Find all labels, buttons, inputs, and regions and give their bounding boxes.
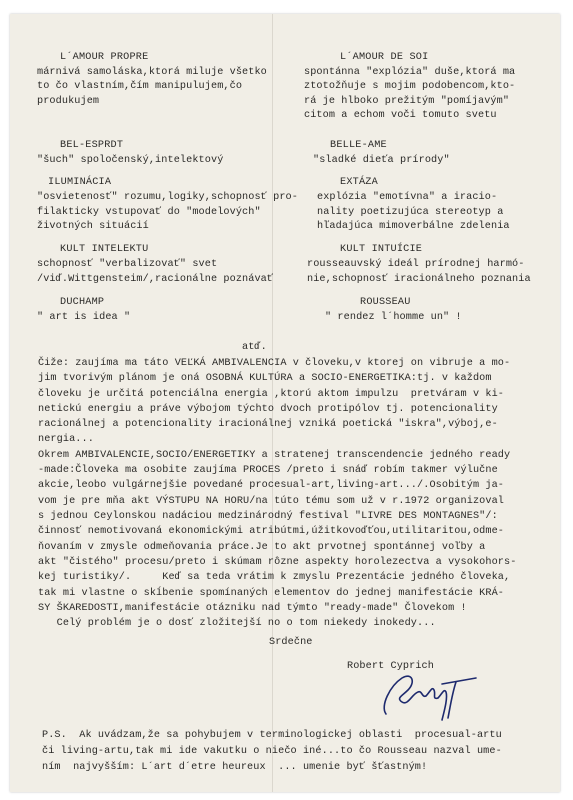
body-line: Celý problém je o dosť zložitejší no o t… bbox=[38, 617, 436, 631]
text-line: /viď.Wittgensteim/,racionálne poznávať bbox=[37, 273, 273, 287]
heading-lamour-de-soi: L´AMOUR DE SOI bbox=[340, 51, 428, 65]
text-line: "šuch" spoločenský,intelektový bbox=[37, 154, 223, 168]
text-line: to čo vlastním,čím manipulujem,čo bbox=[37, 80, 242, 94]
body-line: racionálnej a potencionality iracionálne… bbox=[38, 418, 498, 432]
ps-line: ním najvyšším: L´art d´etre heureux ... … bbox=[42, 761, 427, 775]
ps-line: P.S. Ak uvádzam,že sa pohybujem v termin… bbox=[42, 729, 502, 743]
text-line: "sladké dieťa prírody" bbox=[313, 154, 450, 168]
body-line: nergia... bbox=[38, 433, 94, 447]
heading-duchamp: DUCHAMP bbox=[60, 296, 104, 310]
heading-kult-intelektu: KULT INTELEKTU bbox=[60, 243, 148, 257]
text-line: explózia "emotívna" a iracio- bbox=[317, 191, 497, 205]
text-line: nality poetizujúca stereotyp a bbox=[317, 206, 503, 220]
text-line: citom a echom voči tomuto svetu bbox=[304, 109, 497, 123]
text-line: "osvietenosť" rozumu,logiky,schopnosť pr… bbox=[37, 191, 298, 205]
body-line: akt "čistého" procesu/preto i skúmam rôz… bbox=[38, 556, 516, 570]
body-line: človeku je určitá potenciálna energia ,k… bbox=[38, 388, 504, 402]
body-line: Čiže: zaujíma ma táto VEĽKÁ AMBIVALENCIA… bbox=[38, 357, 510, 371]
closing-text: Srdečne bbox=[269, 636, 313, 650]
body-line: činnosť nemotivovaná ekonomickými atribú… bbox=[38, 525, 504, 539]
body-line: akcie,leobo vulgárnejšie povedané proces… bbox=[38, 479, 504, 493]
heading-iluminacia: ILUMINÁCIA bbox=[48, 176, 111, 190]
heading-belle-ame: BELLE-AME bbox=[330, 139, 387, 153]
heading-rousseau: ROUSSEAU bbox=[360, 296, 411, 310]
heading-bel-esprit: BEL-ESPRDT bbox=[60, 139, 123, 153]
letter-page: L´AMOUR PROPRE márnivá samoláska,ktorá m… bbox=[10, 14, 560, 792]
text-line: produkujem bbox=[37, 95, 99, 109]
body-line: Okrem AMBIVALENCIE,SOCIO/ENERGETIKY a st… bbox=[38, 449, 510, 463]
text-line: márnivá samoláska,ktorá miluje všetko bbox=[37, 66, 267, 80]
body-line: ňovaním v zmysle odmeňovania práce.Je to… bbox=[38, 541, 485, 555]
body-line: netickú energiu a práve výbojom týchto d… bbox=[38, 403, 498, 417]
body-line: s jednou Ceylonskou nadáciou medzinárodn… bbox=[38, 510, 498, 524]
etc-label: atď. bbox=[242, 341, 267, 355]
body-line: -made:Človeka ma osobite zaujíma PROCES … bbox=[38, 464, 498, 478]
text-line: hľadajúca mimoverbálne zdelenia bbox=[317, 220, 510, 234]
text-line: " art is idea " bbox=[37, 311, 130, 325]
text-line: ztotožňuje s mojim podobencom,kto- bbox=[304, 80, 515, 94]
text-line: schopnosť "verbalizovať" svet bbox=[37, 258, 217, 272]
body-line: kej turistiky/. Keď sa teda vrátim k zmy… bbox=[38, 571, 510, 585]
text-line: nie,schopnosť iracionálneho poznania bbox=[307, 273, 531, 287]
text-line: rá je hlboko prežitým "pomíjavým" bbox=[304, 95, 509, 109]
handwritten-signature-icon bbox=[372, 664, 482, 724]
text-line: filakticky vstupovať do "modelových" bbox=[37, 206, 261, 220]
body-line: tak mi vlastne o skĺbenie spomínaných el… bbox=[38, 587, 504, 601]
heading-extaza: EXTÁZA bbox=[340, 176, 378, 190]
text-line: rousseauvský ideál prírodnej harmó- bbox=[307, 258, 524, 272]
ps-line: či living-artu,tak mi ide vakutku o nieč… bbox=[42, 745, 502, 759]
body-line: SY ŠKAREDOSTI,manifestácie otázniku nad … bbox=[38, 602, 467, 616]
text-line: spontánna "explózia" duše,ktorá ma bbox=[304, 66, 515, 80]
text-line: životných situácií bbox=[37, 220, 149, 234]
text-line: " rendez l´homme un" ! bbox=[325, 311, 462, 325]
heading-kult-intuicie: KULT INTUÍCIE bbox=[340, 243, 422, 257]
body-line: vom je pre mňa akt VÝSTUPU NA HORU/na tú… bbox=[38, 495, 504, 509]
body-line: jim tvorivým plánom je oná OSOBNÁ KULTÚR… bbox=[38, 372, 492, 386]
heading-lamour-propre: L´AMOUR PROPRE bbox=[60, 51, 148, 65]
